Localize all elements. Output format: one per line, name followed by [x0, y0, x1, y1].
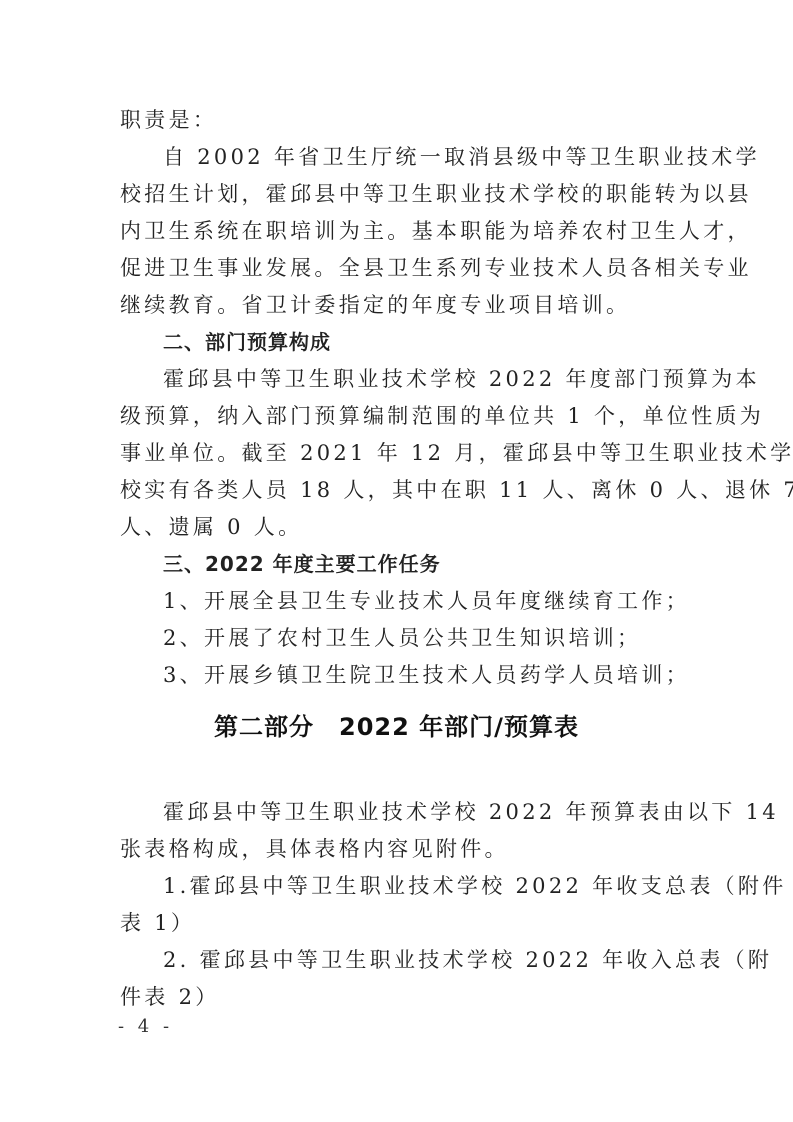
duties-line: 继续教育。省卫计委指定的年度专业项目培训。 — [120, 293, 680, 317]
budget-line: 级预算，纳入部门预算编制范围的单位共 1 个，单位性质为 — [120, 404, 680, 428]
duties-line: 校招生计划，霍邱县中等卫生职业技术学校的职能转为以县 — [120, 182, 680, 206]
page-number: - 4 - — [118, 1017, 173, 1037]
task-item: 3、开展乡镇卫生院卫生技术人员药学人员培训； — [163, 663, 680, 687]
task-item: 1、开展全县卫生专业技术人员年度继续育工作； — [163, 589, 680, 613]
table-list-item: 2. 霍邱县中等卫生职业技术学校 2022 年收入总表（附 — [163, 948, 680, 972]
section-heading-budget-composition: 二、部门预算构成 — [163, 330, 680, 354]
duties-line: 自 2002 年省卫生厅统一取消县级中等卫生职业技术学 — [163, 145, 680, 169]
duties-line: 促进卫生事业发展。全县卫生系列专业技术人员各相关专业 — [120, 256, 680, 280]
document-page: 职责是： 自 2002 年省卫生厅统一取消县级中等卫生职业技术学 校招生计划，霍… — [0, 0, 793, 1122]
duties-line: 内卫生系统在职培训为主。基本职能为培养农村卫生人才， — [120, 219, 680, 243]
section-heading-main-tasks: 三、2022 年度主要工作任务 — [163, 552, 680, 576]
budget-line: 事业单位。截至 2021 年 12 月，霍邱县中等卫生职业技术学 — [120, 441, 680, 465]
part-two-line: 张表格构成，具体表格内容见附件。 — [120, 837, 680, 861]
task-item: 2、开展了农村卫生人员公共卫生知识培训； — [163, 626, 680, 650]
duties-intro: 职责是： — [120, 108, 680, 132]
budget-line: 霍邱县中等卫生职业技术学校 2022 年度部门预算为本 — [163, 367, 680, 391]
budget-line: 校实有各类人员 18 人，其中在职 11 人、离休 0 人、退休 7 — [120, 478, 680, 502]
table-list-item: 表 1） — [120, 911, 680, 935]
budget-line: 人、遗属 0 人。 — [120, 515, 680, 539]
table-list-item: 件表 2） — [120, 985, 680, 1009]
part-two-line: 霍邱县中等卫生职业技术学校 2022 年预算表由以下 14 — [163, 800, 680, 824]
part-two-title: 第二部分 2022 年部门/预算表 — [0, 712, 793, 742]
table-list-item: 1.霍邱县中等卫生职业技术学校 2022 年收支总表（附件 — [163, 874, 680, 898]
